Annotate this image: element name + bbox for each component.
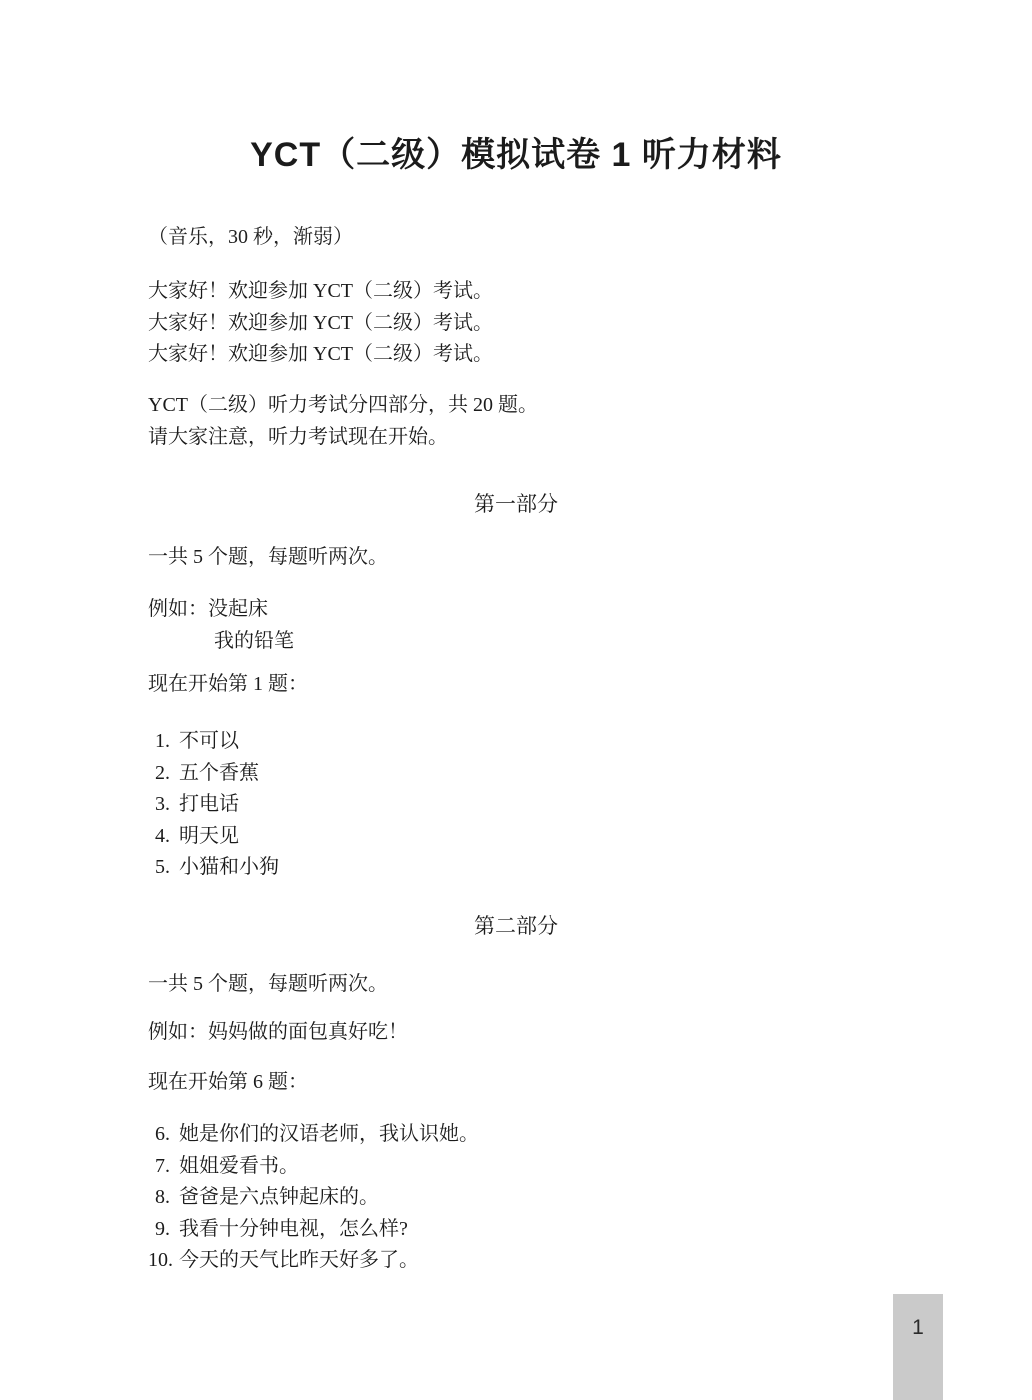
section-2-heading: 第二部分: [0, 912, 1032, 940]
item-text: 她是你们的汉语老师，我认识她。: [179, 1123, 479, 1145]
item-text: 我看十分钟电视，怎么样?: [179, 1218, 408, 1240]
item-text: 爸爸是六点钟起床的。: [179, 1186, 379, 1208]
item-text: 今天的天气比昨天好多了。: [179, 1249, 419, 1271]
item-text: 打电话: [179, 793, 239, 815]
page-number-tab: 1: [893, 1294, 943, 1400]
item-text: 姐姐爱看书。: [179, 1155, 299, 1177]
section-1-instruction: 一共 5 个题，每题听两次。: [148, 542, 388, 574]
example-text: 没起床: [208, 598, 268, 620]
example-line: 我的铅笔: [148, 626, 294, 658]
example-line: 例如：没起床: [148, 594, 294, 626]
section-1-question-list: 1.不可以 2.五个香蕉 3.打电话 4.明天见 5.小猫和小狗: [148, 726, 279, 884]
section-1-example: 例如：没起床 我的铅笔: [148, 594, 294, 657]
item-number: 8.: [148, 1182, 170, 1214]
section-2-instruction: 一共 5 个题，每题听两次。: [148, 969, 388, 1001]
item-number: 1.: [148, 726, 170, 758]
list-item: 10.今天的天气比昨天好多了。: [148, 1245, 479, 1277]
item-text: 五个香蕉: [179, 762, 259, 784]
section-2-start-line: 现在开始第 6 题：: [148, 1067, 308, 1099]
item-text: 明天见: [179, 825, 239, 847]
section-1-heading: 第一部分: [0, 490, 1032, 518]
item-number: 10.: [148, 1245, 170, 1277]
item-number: 6.: [148, 1119, 170, 1151]
example-label: 例如：: [148, 598, 208, 620]
item-number: 2.: [148, 758, 170, 790]
welcome-line: 大家好！欢迎参加 YCT（二级）考试。: [148, 308, 493, 340]
item-number: 3.: [148, 789, 170, 821]
welcome-paragraph: 大家好！欢迎参加 YCT（二级）考试。 大家好！欢迎参加 YCT（二级）考试。 …: [148, 276, 493, 371]
item-number: 7.: [148, 1151, 170, 1183]
item-number: 5.: [148, 852, 170, 884]
welcome-line: 大家好！欢迎参加 YCT（二级）考试。: [148, 276, 493, 308]
item-number: 9.: [148, 1214, 170, 1246]
list-item: 1.不可以: [148, 726, 279, 758]
list-item: 6.她是你们的汉语老师，我认识她。: [148, 1119, 479, 1151]
section-1-start-line: 现在开始第 1 题：: [148, 669, 308, 701]
intro-line: 请大家注意，听力考试现在开始。: [148, 422, 538, 454]
page-number: 1: [912, 1316, 924, 1339]
list-item: 2.五个香蕉: [148, 758, 279, 790]
list-item: 4.明天见: [148, 821, 279, 853]
list-item: 9.我看十分钟电视，怎么样?: [148, 1214, 479, 1246]
page-title: YCT（二级）模拟试卷 1 听力材料: [0, 134, 1032, 176]
item-text: 不可以: [179, 730, 239, 752]
intro-paragraph: YCT（二级）听力考试分四部分，共 20 题。 请大家注意，听力考试现在开始。: [148, 390, 538, 453]
item-number: 4.: [148, 821, 170, 853]
section-2-example: 例如：妈妈做的面包真好吃！: [148, 1017, 408, 1049]
item-text: 小猫和小狗: [179, 856, 279, 878]
list-item: 8.爸爸是六点钟起床的。: [148, 1182, 479, 1214]
section-2-question-list: 6.她是你们的汉语老师，我认识她。 7.姐姐爱看书。 8.爸爸是六点钟起床的。 …: [148, 1119, 479, 1277]
list-item: 5.小猫和小狗: [148, 852, 279, 884]
example-line: 例如：妈妈做的面包真好吃！: [148, 1017, 408, 1049]
document-page: YCT（二级）模拟试卷 1 听力材料 （音乐，30 秒，渐弱） 大家好！欢迎参加…: [0, 0, 1032, 1400]
example-label: 例如：: [148, 1021, 208, 1043]
example-text: 妈妈做的面包真好吃！: [208, 1021, 408, 1043]
list-item: 7.姐姐爱看书。: [148, 1151, 479, 1183]
music-note: （音乐，30 秒，渐弱）: [148, 222, 353, 253]
list-item: 3.打电话: [148, 789, 279, 821]
intro-line: YCT（二级）听力考试分四部分，共 20 题。: [148, 390, 538, 422]
welcome-line: 大家好！欢迎参加 YCT（二级）考试。: [148, 339, 493, 371]
